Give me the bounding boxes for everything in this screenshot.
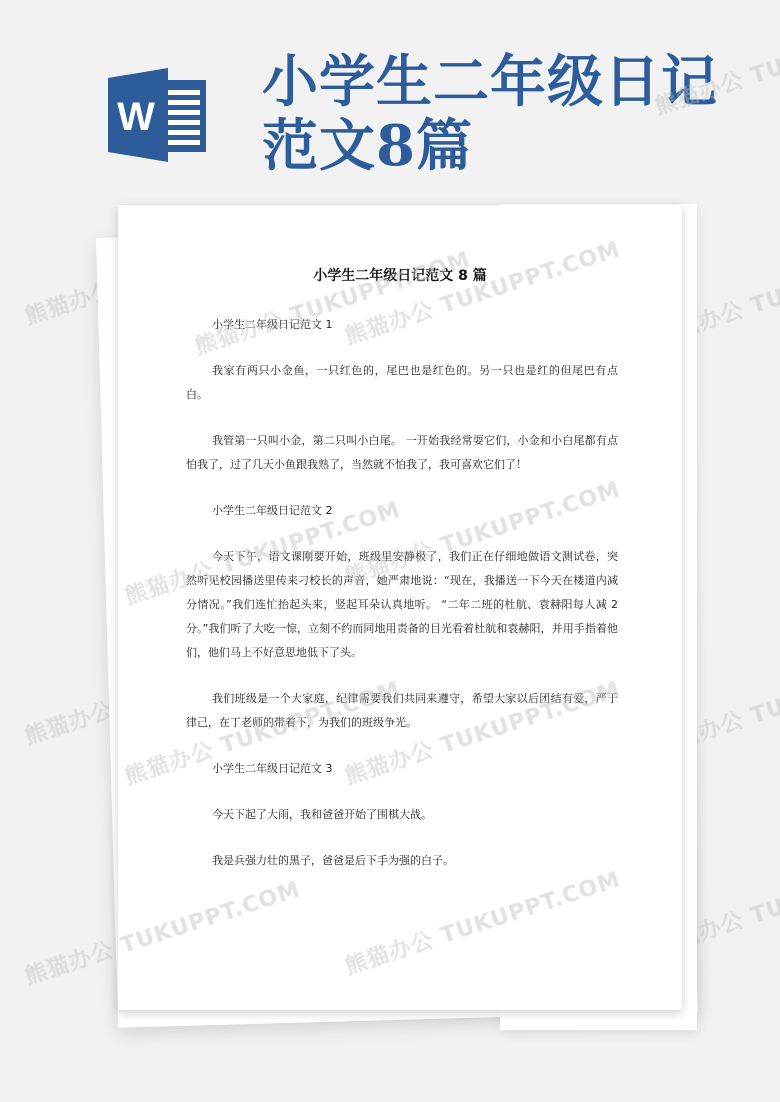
paragraph: 我家有两只小金鱼，一只红色的，尾巴也是红色的。另一只也是红的但尾巴有点白。 <box>186 359 618 407</box>
section-heading: 小学生二年级日记范文 1 <box>186 313 618 337</box>
paragraph: 我们班级是一个大家庭，纪律需要我们共同来遵守，希望大家以后团结有爱，严于律己，在… <box>186 687 618 735</box>
paragraph: 我管第一只叫小金，第二只叫小白尾。 一开始我经常耍它们，小金和小白尾都有点怕我了… <box>186 429 618 477</box>
hero-title-line2: 范文8篇 <box>262 113 473 179</box>
paragraph: 今天下起了大雨，我和爸爸开始了围棋大战。 <box>186 803 618 827</box>
document-title: 小学生二年级日记范文 8 篇 <box>118 265 682 285</box>
section-heading: 小学生二年级日记范文 2 <box>186 499 618 523</box>
paragraph: 今天下午，语文课刚要开始，班级里安静极了，我们正在仔细地做语文测试卷，突然听见校… <box>186 545 618 665</box>
hero-title-line1: 小学生二年级日记 <box>262 49 718 115</box>
paragraph: 我是兵强力壮的黑子，爸爸是后下手为强的白子。 <box>186 849 618 873</box>
word-icon: W <box>108 68 208 162</box>
hero-title: 小学生二年级日记 范文8篇 <box>262 50 742 178</box>
section-heading: 小学生二年级日记范文 3 <box>186 757 618 781</box>
svg-text:W: W <box>117 95 155 139</box>
document-page: 小学生二年级日记范文 8 篇 小学生二年级日记范文 1 我家有两只小金鱼，一只红… <box>118 205 682 1010</box>
document-body: 小学生二年级日记范文 1 我家有两只小金鱼，一只红色的，尾巴也是红色的。另一只也… <box>186 313 618 895</box>
